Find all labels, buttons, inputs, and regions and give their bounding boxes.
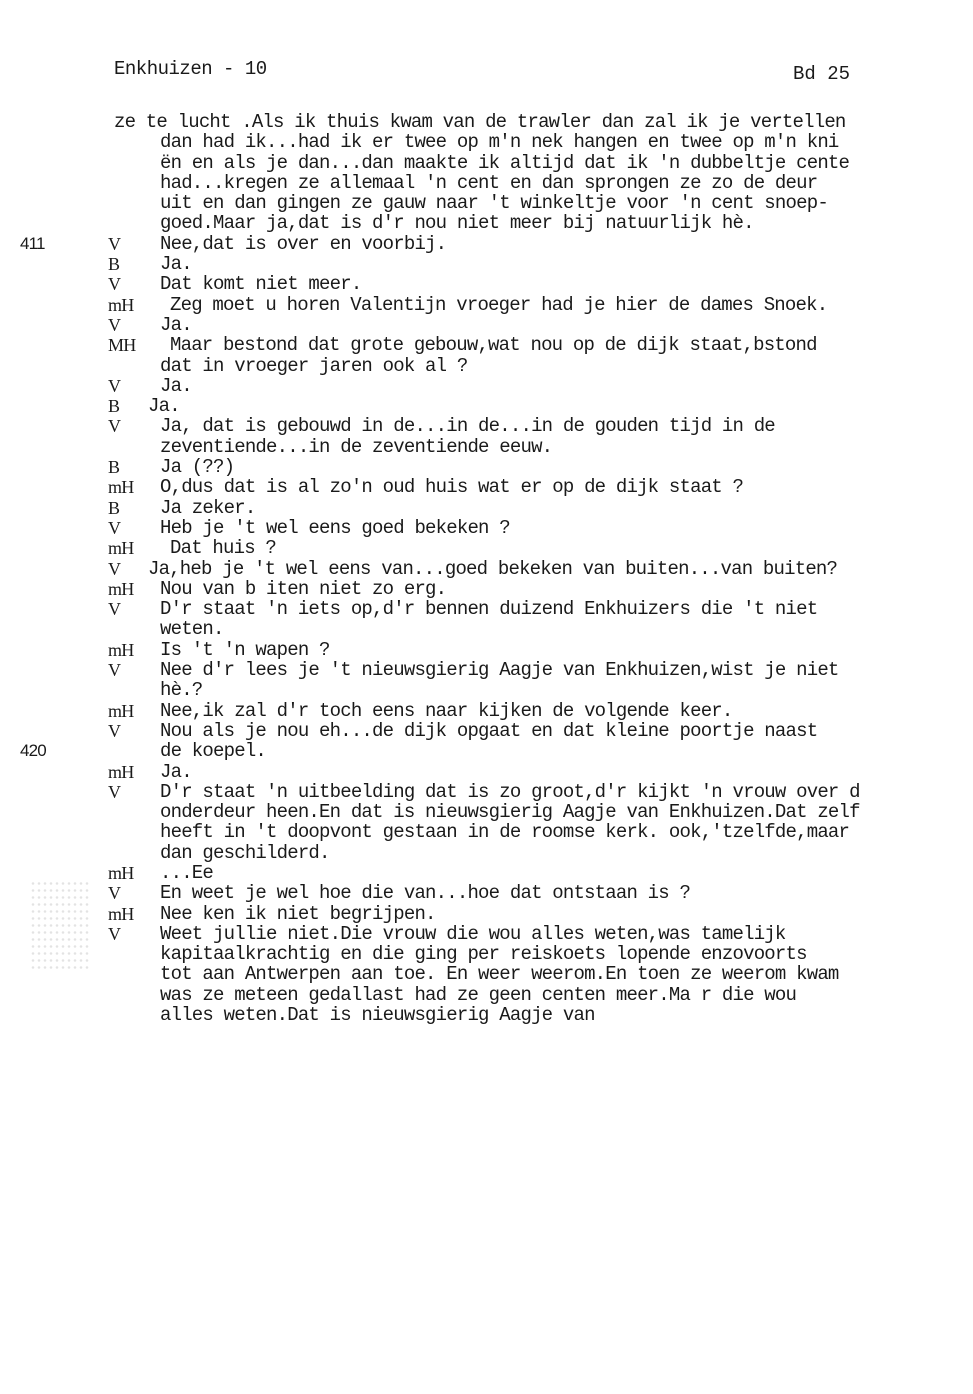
transcript-line: mH...Ee bbox=[0, 863, 973, 883]
speaker-label: V bbox=[108, 234, 120, 254]
line-text: Nou als je nou eh...de dijk opgaat en da… bbox=[160, 721, 817, 741]
transcript-line: dat in vroeger jaren ook al ? bbox=[0, 356, 973, 376]
transcript-line: was ze meteen gedallast had ze geen cent… bbox=[0, 985, 973, 1005]
transcript-line: VWeet jullie niet.Die vrouw die wou alle… bbox=[0, 924, 973, 944]
speaker-label: V bbox=[108, 782, 120, 802]
speaker-label: V bbox=[108, 559, 120, 579]
line-text: Nee d'r lees je 't nieuwsgierig Aagje va… bbox=[160, 660, 839, 680]
transcript-line: mHDat huis ? bbox=[0, 538, 973, 558]
transcript-line: dan had ik...had ik er twee op m'n nek h… bbox=[0, 132, 973, 152]
line-text: ze te lucht .Als ik thuis kwam van de tr… bbox=[114, 112, 846, 132]
speaker-label: V bbox=[108, 416, 120, 436]
speaker-label: V bbox=[108, 315, 120, 335]
line-text: Dat huis ? bbox=[170, 538, 276, 558]
transcript-line: had...kregen ze allemaal 'n cent en dan … bbox=[0, 173, 973, 193]
transcript-line: mHJa. bbox=[0, 762, 973, 782]
line-text: Ja. bbox=[148, 396, 180, 416]
transcript-line: ën en als je dan...dan maakte ik altijd … bbox=[0, 153, 973, 173]
transcript-line: VJa. bbox=[0, 315, 973, 335]
line-text: goed.Maar ja,dat is d'r nou niet meer bi… bbox=[160, 213, 754, 233]
transcript-line: 411VNee,dat is over en voorbij. bbox=[0, 234, 973, 254]
line-text: alles weten.Dat is nieuwsgierig Aagje va… bbox=[160, 1005, 595, 1025]
transcript-line: hè.? bbox=[0, 680, 973, 700]
transcript-line: mHNou van b iten niet zo erg. bbox=[0, 579, 973, 599]
speaker-label: V bbox=[108, 721, 120, 741]
transcript-line: BJa (??) bbox=[0, 457, 973, 477]
speaker-label: V bbox=[108, 376, 120, 396]
speaker-label: mH bbox=[108, 538, 133, 558]
transcript-line: weten. bbox=[0, 619, 973, 639]
line-text: had...kregen ze allemaal 'n cent en dan … bbox=[160, 173, 817, 193]
transcript-line: dan geschilderd. bbox=[0, 843, 973, 863]
transcript-line: VJa. bbox=[0, 376, 973, 396]
transcript-line: VD'r staat 'n uitbeelding dat is zo groo… bbox=[0, 782, 973, 802]
transcript-line: mHNee ken ik niet begrijpen. bbox=[0, 904, 973, 924]
transcript-line: BJa. bbox=[0, 254, 973, 274]
speaker-label: mH bbox=[108, 579, 133, 599]
line-text: D'r staat 'n uitbeelding dat is zo groot… bbox=[160, 782, 860, 802]
line-text: dan had ik...had ik er twee op m'n nek h… bbox=[160, 132, 839, 152]
line-text: Zeg moet u horen Valentijn vroeger had j… bbox=[170, 295, 827, 315]
transcript-line: mHIs 't 'n wapen ? bbox=[0, 640, 973, 660]
line-text: Ja. bbox=[160, 376, 192, 396]
line-text: Nee ken ik niet begrijpen. bbox=[160, 904, 436, 924]
transcript-line: mHO,dus dat is al zo'n oud huis wat er o… bbox=[0, 477, 973, 497]
transcript-page: Enkhuizen - 10 Bd 25 ze te lucht .Als ik… bbox=[0, 0, 973, 1394]
line-text: Heb je 't wel eens goed bekeken ? bbox=[160, 518, 510, 538]
speaker-label: V bbox=[108, 660, 120, 680]
speaker-label: mH bbox=[108, 701, 133, 721]
transcript-line: VEn weet je wel hoe die van...hoe dat on… bbox=[0, 883, 973, 903]
line-text: Ja. bbox=[160, 315, 192, 335]
speaker-label: V bbox=[108, 924, 120, 944]
speaker-label: B bbox=[108, 457, 119, 477]
document-title: Enkhuizen - 10 bbox=[114, 58, 267, 80]
speaker-label: V bbox=[108, 883, 120, 903]
transcript-line: onderdeur heen.En dat is nieuwsgierig Aa… bbox=[0, 802, 973, 822]
speaker-label: MH bbox=[108, 335, 135, 355]
line-text: Ja, dat is gebouwd in de...in de...in de… bbox=[160, 416, 775, 436]
transcript-line: alles weten.Dat is nieuwsgierig Aagje va… bbox=[0, 1005, 973, 1025]
line-text: de koepel. bbox=[160, 741, 266, 761]
line-text: tot aan Antwerpen aan toe. En weer weero… bbox=[160, 964, 839, 984]
transcript-line: goed.Maar ja,dat is d'r nou niet meer bi… bbox=[0, 213, 973, 233]
line-text: Ja zeker. bbox=[160, 498, 255, 518]
transcript-line: BJa zeker. bbox=[0, 498, 973, 518]
line-text: ...Ee bbox=[160, 863, 213, 883]
transcript-line: VJa, dat is gebouwd in de...in de...in d… bbox=[0, 416, 973, 436]
speaker-label: B bbox=[108, 396, 119, 416]
transcript-line: 420de koepel. bbox=[0, 741, 973, 761]
line-text: zeventiende...in de zeventiende eeuw. bbox=[160, 437, 552, 457]
line-text: Ja (??) bbox=[160, 457, 234, 477]
speaker-label: mH bbox=[108, 640, 133, 660]
line-text: dat in vroeger jaren ook al ? bbox=[160, 356, 467, 376]
line-text: O,dus dat is al zo'n oud huis wat er op … bbox=[160, 477, 743, 497]
line-text: Is 't 'n wapen ? bbox=[160, 640, 330, 660]
transcript-line: mHNee,ik zal d'r toch eens naar kijken d… bbox=[0, 701, 973, 721]
transcript-line: zeventiende...in de zeventiende eeuw. bbox=[0, 437, 973, 457]
line-text: D'r staat 'n iets op,d'r bennen duizend … bbox=[160, 599, 817, 619]
transcript-line: BJa. bbox=[0, 396, 973, 416]
transcript-body: ze te lucht .Als ik thuis kwam van de tr… bbox=[0, 112, 973, 1025]
line-text: Weet jullie niet.Die vrouw die wou alles… bbox=[160, 924, 786, 944]
line-text: kapitaalkrachtig en die ging per reiskoe… bbox=[160, 944, 807, 964]
line-number: 411 bbox=[20, 234, 45, 254]
line-text: was ze meteen gedallast had ze geen cent… bbox=[160, 985, 796, 1005]
line-text: weten. bbox=[160, 619, 224, 639]
line-text: heeft in 't doopvont gestaan in de rooms… bbox=[160, 822, 849, 842]
speaker-label: V bbox=[108, 518, 120, 538]
line-text: onderdeur heen.En dat is nieuwsgierig Aa… bbox=[160, 802, 860, 822]
line-text: En weet je wel hoe die van...hoe dat ont… bbox=[160, 883, 690, 903]
transcript-line: VDat komt niet meer. bbox=[0, 274, 973, 294]
line-text: Ja. bbox=[160, 762, 192, 782]
line-text: Nee,ik zal d'r toch eens naar kijken de … bbox=[160, 701, 733, 721]
transcript-line: heeft in 't doopvont gestaan in de rooms… bbox=[0, 822, 973, 842]
transcript-line: VNee d'r lees je 't nieuwsgierig Aagje v… bbox=[0, 660, 973, 680]
transcript-line: VD'r staat 'n iets op,d'r bennen duizend… bbox=[0, 599, 973, 619]
speaker-label: B bbox=[108, 254, 119, 274]
line-text: uit en dan gingen ze gauw naar 't winkel… bbox=[160, 193, 828, 213]
transcript-line: mHZeg moet u horen Valentijn vroeger had… bbox=[0, 295, 973, 315]
speaker-label: V bbox=[108, 599, 120, 619]
transcript-line: VHeb je 't wel eens goed bekeken ? bbox=[0, 518, 973, 538]
transcript-line: MHMaar bestond dat grote gebouw,wat nou … bbox=[0, 335, 973, 355]
line-text: Maar bestond dat grote gebouw,wat nou op… bbox=[170, 335, 817, 355]
line-text: Ja. bbox=[160, 254, 192, 274]
line-text: dan geschilderd. bbox=[160, 843, 330, 863]
speaker-label: mH bbox=[108, 477, 133, 497]
speaker-label: B bbox=[108, 498, 119, 518]
line-text: hè.? bbox=[160, 680, 202, 700]
line-text: Ja,heb je 't wel eens van...goed bekeken… bbox=[148, 559, 837, 579]
speaker-label: mH bbox=[108, 863, 133, 883]
line-text: ën en als je dan...dan maakte ik altijd … bbox=[160, 153, 849, 173]
page-reference: Bd 25 bbox=[793, 63, 850, 85]
speaker-label: V bbox=[108, 274, 120, 294]
line-text: Dat komt niet meer. bbox=[160, 274, 361, 294]
transcript-line: ze te lucht .Als ik thuis kwam van de tr… bbox=[0, 112, 973, 132]
line-text: Nee,dat is over en voorbij. bbox=[160, 234, 446, 254]
transcript-line: VNou als je nou eh...de dijk opgaat en d… bbox=[0, 721, 973, 741]
transcript-line: kapitaalkrachtig en die ging per reiskoe… bbox=[0, 944, 973, 964]
transcript-line: VJa,heb je 't wel eens van...goed bekeke… bbox=[0, 559, 973, 579]
line-number: 420 bbox=[20, 741, 46, 761]
transcript-line: tot aan Antwerpen aan toe. En weer weero… bbox=[0, 964, 973, 984]
transcript-line: uit en dan gingen ze gauw naar 't winkel… bbox=[0, 193, 973, 213]
line-text: Nou van b iten niet zo erg. bbox=[160, 579, 446, 599]
speaker-label: mH bbox=[108, 295, 133, 315]
speaker-label: mH bbox=[108, 762, 133, 782]
speaker-label: mH bbox=[108, 904, 133, 924]
